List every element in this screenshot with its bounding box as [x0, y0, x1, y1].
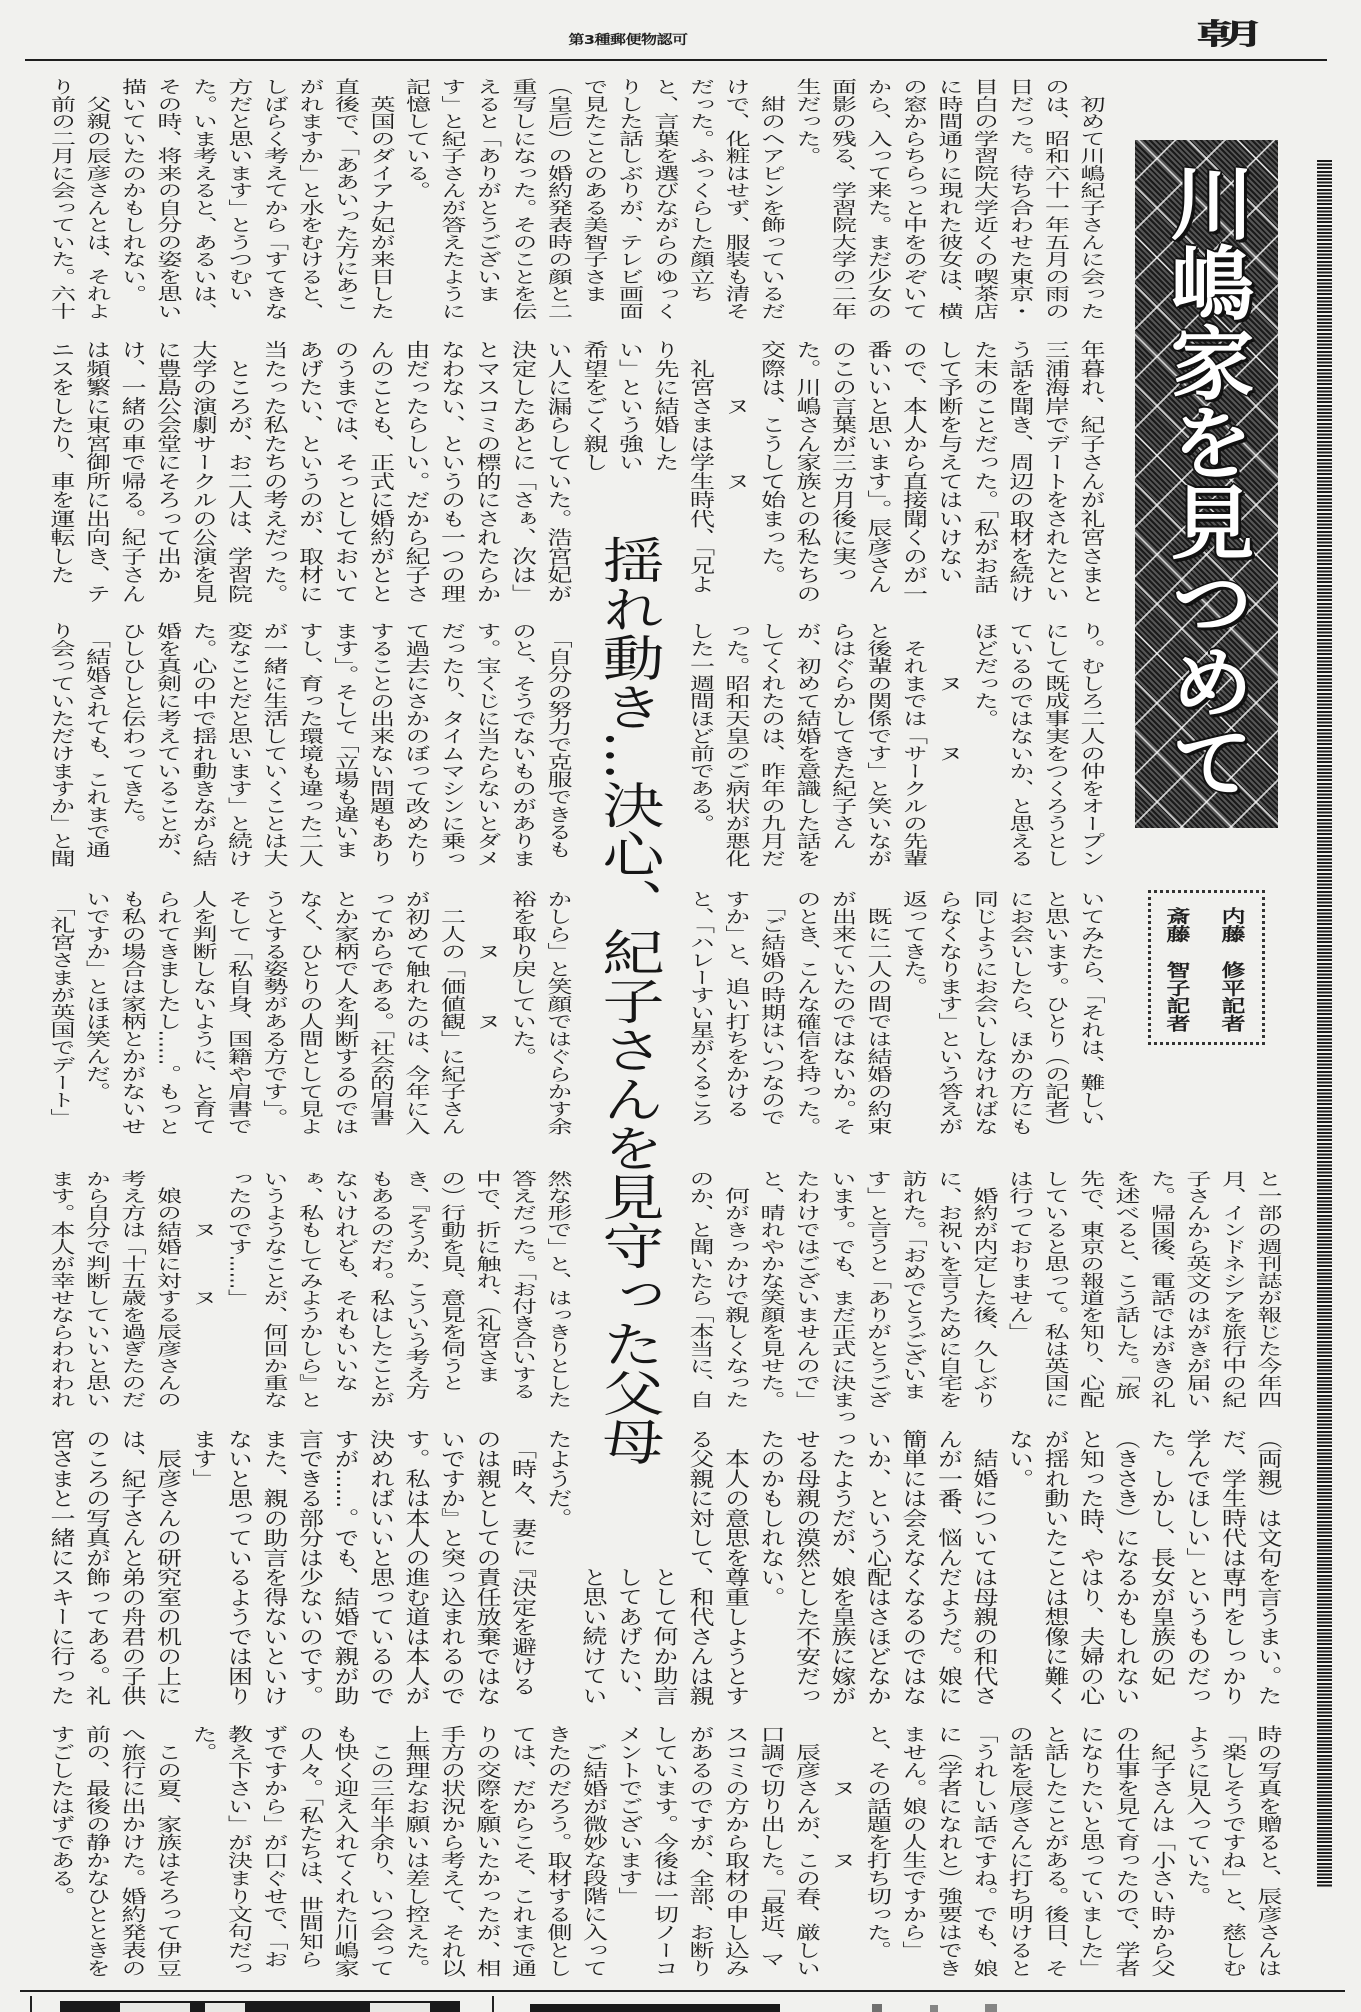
body-text-tier-3-left: 「自分の努力で克服できるも のと、そうでないものがありま す。宝くじに当たらない… [44, 622, 577, 867]
fragment-text-mark [930, 2005, 938, 2012]
postal-permit-notice: 第3種郵便物認可 [548, 33, 708, 47]
body-text-tier-6-left: たようだ。 「時々、妻に『決定を避ける のは親としての責任放棄ではな いですか』… [44, 1429, 577, 1706]
byline-box: 内藤 修平記者 斎藤 智子記者 [1148, 890, 1265, 1045]
article-title-box: 川嶋家を見つめて [1135, 140, 1278, 828]
header-rule [25, 59, 1327, 61]
body-text-tier-6-right: （両親）は文句を言うまい。た だ、学生時代は専門をしっかり 学んでほしい」という… [683, 1429, 1287, 1706]
body-text-tier-5-right: と一部の週刊誌が報じた今年四 月、インドネシアを旅行中の紀 子さんから英文のはが… [683, 1170, 1287, 1425]
fragment-light-panel [120, 2003, 190, 2012]
byline-reporters: 内藤 修平記者 斎藤 智子記者 [1148, 907, 1258, 1032]
fragment-light-panel [370, 2003, 430, 2012]
fragment-divider [30, 1996, 32, 2012]
fragment-text-mark [985, 2004, 997, 2012]
body-text-tier-6-under-headline: として何か助言 してあげたい、 と思い続けてい [576, 1567, 683, 1705]
fragment-divider [492, 1996, 494, 2012]
body-text-tier-5-left: 然な形で」と、はっきりとした 答えだった。「お付き合いする 中で、折に触れ、（礼… [44, 1170, 577, 1408]
decorative-striped-rule [1317, 160, 1332, 1888]
body-text-tier-3-right: り。むしろ二人の仲をオープン にして既成事実をつくろうとし ているのではないか、… [683, 622, 1109, 867]
body-text-tier-4-left: かしら」と笑顔ではぐらかす余 裕を取り戻していた。 ヌ ヌ 二人の「価値観」に紀… [44, 890, 577, 1135]
fragment-text-mark [872, 2004, 882, 2012]
body-text-tier-7: 時の写真を贈ると、辰彦さんは 「楽しそうですね」と、慈しむ ように見入っていた。… [44, 1725, 1287, 1977]
fragment-light-panel [205, 2003, 245, 2012]
article-headline: 揺れ動き…決心、紀子さんを見守った父母 [595, 535, 661, 1466]
body-text-tier-2-left: い人に漏らしていた。浩宮妃が 決定したあとに「さぁ、次は」 とマスコミの標的にさ… [44, 340, 577, 603]
article-title: 川嶋家を見つめて [1135, 162, 1278, 800]
bottom-rule [20, 1990, 1345, 1992]
body-text-tier-1: 初めて川嶋紀子さんに会った のは、昭和六十一年五月の雨の 日だった。待ち合わせた… [44, 78, 1109, 320]
body-text-tier-2-right: 年暮れ、紀子さんが礼宮さまと 三浦海岸でデートをされたとい う話を聞き、周辺の取… [577, 340, 1110, 603]
body-text-tier-4-right: いてみたら、「それは、難しい と思います。ひとり（の記者） にお会いしたら、ほか… [683, 890, 1109, 1135]
edition-label: 朝 [1196, 20, 1260, 49]
fragment-dark-bar [530, 2004, 780, 2012]
